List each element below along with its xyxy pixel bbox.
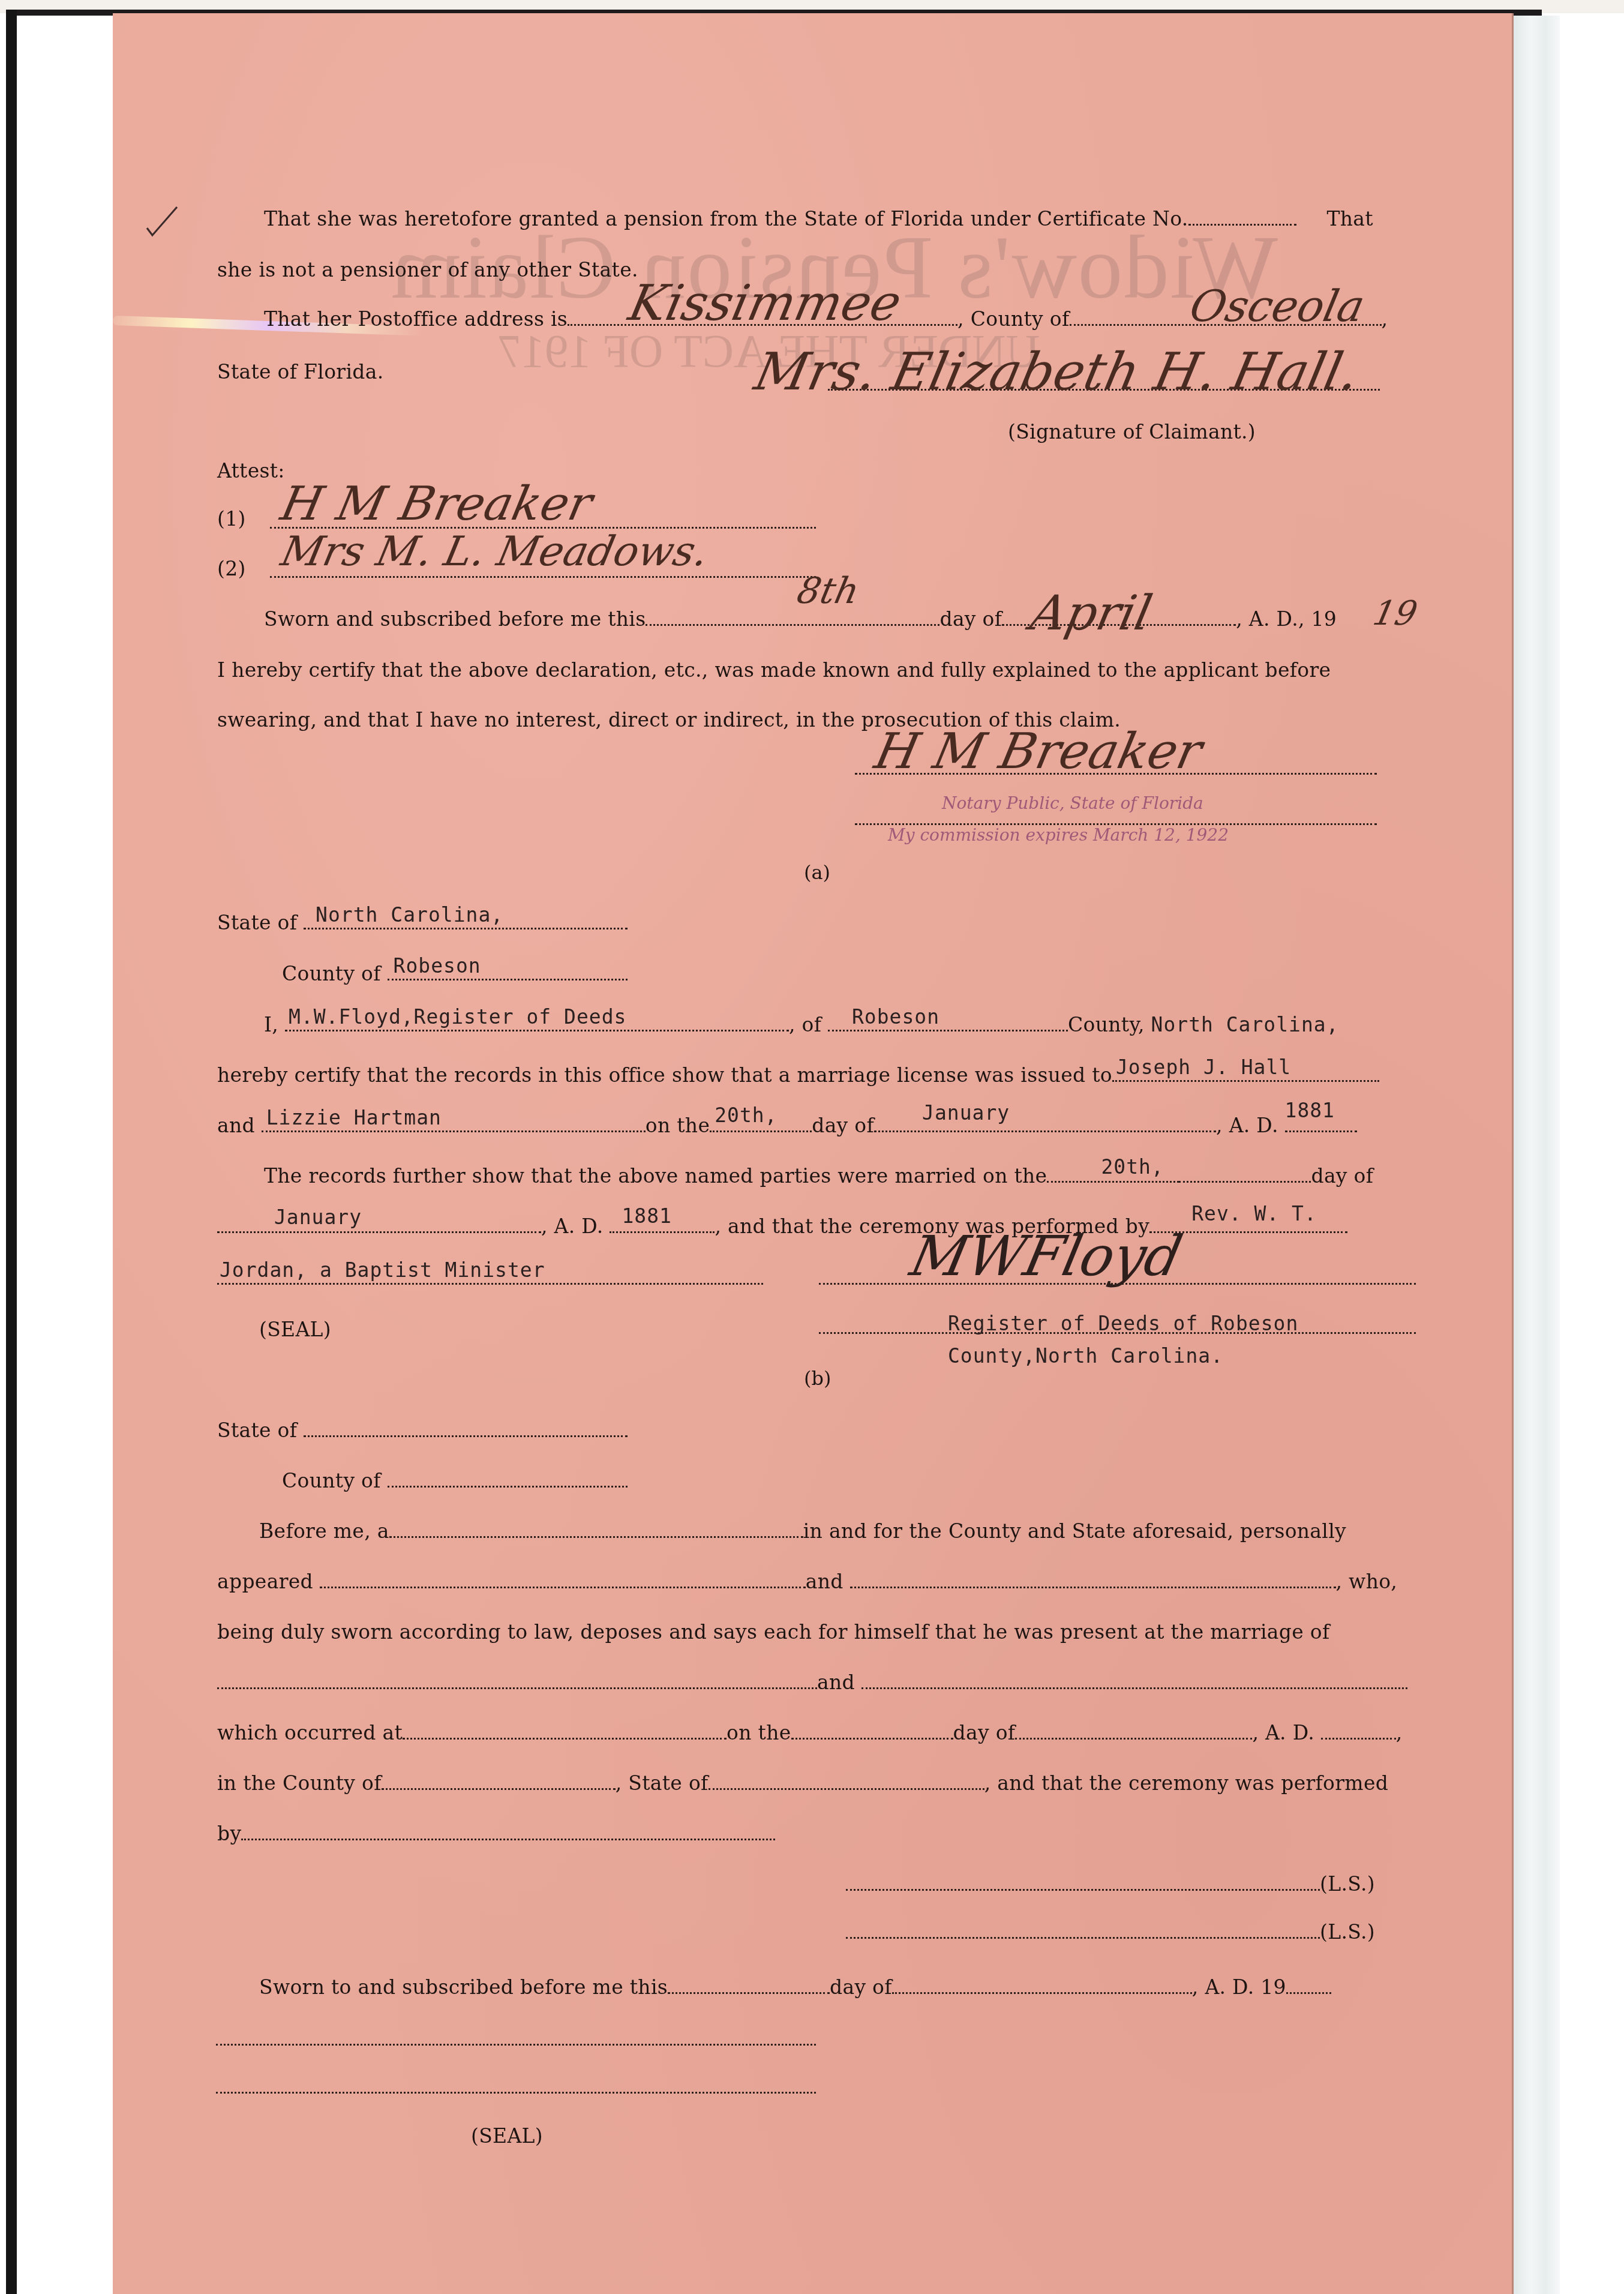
section-marker-b: (b) xyxy=(804,1367,831,1390)
certify-line-1: I hereby certify that the above declarat… xyxy=(217,658,1331,682)
c-officer-field[interactable] xyxy=(389,1536,803,1538)
c-day-field[interactable] xyxy=(791,1738,953,1740)
c-parties-line: and xyxy=(217,1671,1407,1694)
c-witness-2-field[interactable] xyxy=(850,1587,1336,1588)
b-records-line: The records further show that the above … xyxy=(264,1164,1373,1188)
b-officer-field[interactable]: M.W.Floyd,Register of Deeds xyxy=(285,1030,789,1031)
state-of-florida: State of Florida. xyxy=(217,360,383,383)
sworn-month-value: April xyxy=(1026,585,1157,641)
witness-2-signature: Mrs M. L. Meadows. xyxy=(277,528,713,575)
register-title-2: County,North Carolina. xyxy=(948,1344,1223,1368)
section-marker-a: (a) xyxy=(804,861,830,884)
b-married-day-field[interactable]: 20th, xyxy=(1047,1181,1179,1183)
sworn-year-value: 19 xyxy=(1370,594,1421,633)
county-value: Osceola xyxy=(1185,281,1369,331)
signature-caption: (Signature of Claimant.) xyxy=(1008,420,1256,443)
b-county-line: County of Robeson xyxy=(282,962,628,985)
b-married-year-field[interactable]: 1881 xyxy=(610,1231,715,1233)
c-year-field[interactable] xyxy=(1321,1738,1396,1740)
c-by-line: by xyxy=(217,1822,775,1845)
b-officiant-field-2[interactable]: Jordan, a Baptist Minister xyxy=(217,1283,763,1285)
c-ls-line-1: (L.S.) xyxy=(846,1872,1375,1896)
c-county-of-field[interactable] xyxy=(382,1788,616,1790)
c-party-1-field[interactable] xyxy=(217,1687,817,1689)
certificate-number-field[interactable] xyxy=(1188,224,1296,226)
c-performed-by-field[interactable] xyxy=(241,1839,775,1840)
b-state-field[interactable]: North Carolina, xyxy=(304,928,628,929)
c-county-field[interactable] xyxy=(388,1486,628,1488)
c-sworn-month-field[interactable] xyxy=(892,1992,1192,1994)
c-officer-title-line[interactable] xyxy=(216,2092,816,2094)
c-place-field[interactable] xyxy=(403,1738,727,1740)
b-state-line: State of North Carolina, xyxy=(217,911,628,934)
b-bride-field[interactable]: Lizzie Hartman xyxy=(262,1130,646,1132)
c-ls-line-2: (L.S.) xyxy=(846,1920,1375,1944)
b-groom-field[interactable]: Joseph J. Hall xyxy=(1112,1080,1379,1082)
checkmark-icon xyxy=(144,204,180,240)
c-state-field[interactable] xyxy=(304,1435,628,1437)
c-party-2-field[interactable] xyxy=(861,1687,1407,1689)
notary-commission-stamp: My commission expires March 12, 1922 xyxy=(888,825,1229,845)
b-officer-line: I, M.W.Floyd,Register of Deeds, of Robes… xyxy=(264,1013,1339,1036)
notary-signature: H M Breaker xyxy=(870,723,1207,780)
plastic-sleeve-edge xyxy=(1512,16,1560,2294)
notary-stamp-title: Notary Public, State of Florida xyxy=(942,793,1203,813)
c-occurred-line: which occurred aton theday of, A. D. , xyxy=(217,1721,1403,1744)
sworn-day-value: 8th xyxy=(794,570,863,612)
c-state-line: State of xyxy=(217,1419,628,1442)
c-before-me-line: Before me, ain and for the County and St… xyxy=(259,1519,1346,1543)
register-title-1: Register of Deeds of Robeson xyxy=(948,1312,1298,1335)
witness-1-number: (1) xyxy=(217,507,246,530)
claimant-signature: Mrs. Elizabeth H. Hall. xyxy=(749,342,1364,402)
b-officiant-line-2: Jordan, a Baptist Minister xyxy=(217,1266,763,1290)
c-sworn-year-field[interactable] xyxy=(1286,1992,1331,1994)
c-state-of-field[interactable] xyxy=(709,1788,984,1790)
b-married-month-field[interactable]: January xyxy=(217,1231,541,1233)
c-seal: (SEAL) xyxy=(471,2124,543,2148)
b-married-day-fill xyxy=(1179,1181,1311,1183)
attest-label: Attest: xyxy=(217,459,285,482)
b-license-year-field[interactable]: 1881 xyxy=(1285,1130,1357,1132)
scanner-margin-left xyxy=(17,16,113,2294)
witness-2-number: (2) xyxy=(217,557,246,580)
c-being-duly-line: being duly sworn according to law, depos… xyxy=(217,1620,1330,1644)
postoffice-value: Kissimmee xyxy=(624,275,906,332)
certificate-line: That she was heretofore granted a pensio… xyxy=(264,207,1373,230)
c-county-line: County of xyxy=(282,1469,628,1492)
c-officer-signature-line[interactable] xyxy=(216,2044,816,2046)
b-officer-state: North Carolina, xyxy=(1151,1013,1339,1036)
witness-2-line[interactable] xyxy=(270,576,816,578)
c-witness-signature-2[interactable] xyxy=(846,1937,1320,1939)
c-witness-signature-1[interactable] xyxy=(846,1889,1320,1891)
b-license-line: hereby certify that the records in this … xyxy=(217,1063,1379,1087)
b-county-field[interactable]: Robeson xyxy=(388,979,628,980)
c-county-state-line: in the County of, State of, and that the… xyxy=(217,1771,1388,1795)
b-license-day-field[interactable]: 20th, xyxy=(710,1130,812,1132)
witness-1-signature: H M Breaker xyxy=(276,477,597,531)
c-sworn-day-field[interactable] xyxy=(668,1992,830,1994)
c-witness-1-field[interactable] xyxy=(320,1587,806,1588)
c-month-field[interactable] xyxy=(1015,1738,1252,1740)
scanner-frame-left xyxy=(6,10,17,2294)
sworn-day-field[interactable] xyxy=(646,624,939,626)
b-seal: (SEAL) xyxy=(259,1318,331,1341)
c-appeared-line: appeared and , who, xyxy=(217,1570,1397,1593)
b-license-month-field[interactable]: January xyxy=(874,1130,1216,1132)
c-sworn-line: Sworn to and subscribed before me thisda… xyxy=(259,1975,1331,1999)
not-pensioner-line: she is not a pensioner of any other Stat… xyxy=(217,258,638,281)
register-signature: MWFloyd xyxy=(905,1224,1188,1288)
b-bride-line: and Lizzie Hartmanon the20th,day ofJanua… xyxy=(217,1114,1357,1137)
b-officer-county-field[interactable]: Robeson xyxy=(828,1030,1068,1031)
